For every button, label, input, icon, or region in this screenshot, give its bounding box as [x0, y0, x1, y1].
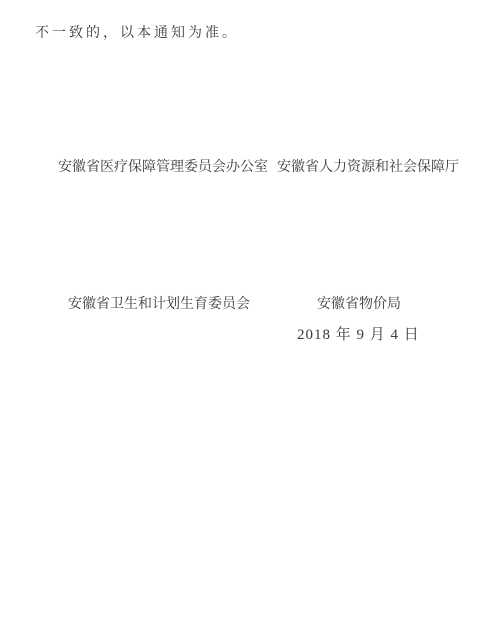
signature-agency-human-resources-department: 安徽省人力资源和社会保障厅: [277, 161, 459, 175]
document-page: 不一致的，以本通知为准。 安徽省医疗保障管理委员会办公室 安徽省人力资源和社会保…: [0, 0, 490, 627]
closing-paragraph: 不一致的，以本通知为准。: [35, 27, 239, 41]
signature-agency-medical-insurance-office: 安徽省医疗保障管理委员会办公室: [58, 161, 268, 175]
signature-agency-price-bureau: 安徽省物价局: [317, 298, 401, 312]
issue-date: 2018 年 9 月 4 日: [297, 328, 420, 343]
signature-agency-health-family-planning-commission: 安徽省卫生和计划生育委员会: [68, 298, 250, 312]
